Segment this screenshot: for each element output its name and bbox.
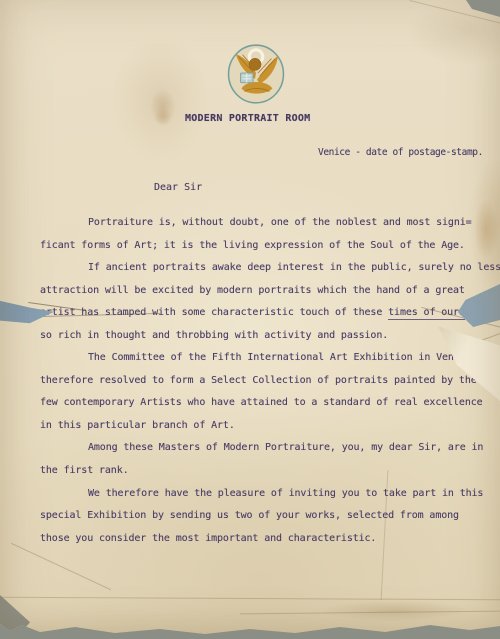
letter-paper: MODERN PORTRAIT ROOM Venice - date of po… [0, 0, 500, 639]
torn-corner-bottom-left [0, 595, 30, 639]
paragraph-5-line-3: those you consider the most important an… [40, 528, 490, 551]
winged-lion-of-st-mark-seal-icon [227, 43, 285, 105]
dateline: Venice - date of postage-stamp. [318, 147, 483, 158]
crease-line [0, 597, 500, 601]
paragraph-4-line-2: the first rank. [40, 460, 490, 483]
letter-body: Portraiture is, without doubt, one of th… [40, 212, 490, 550]
stain-mark [300, 598, 490, 624]
letterhead-title: MODERN PORTRAIT ROOM [185, 113, 310, 124]
paragraph-2-line-3: artist has stamped with some characteris… [40, 302, 490, 325]
crease-line [240, 611, 500, 615]
paragraph-5-line-2: special Exhibition by sending us two of … [40, 505, 490, 528]
paragraph-3-line-3: few contemporary Artists who have attain… [40, 392, 490, 415]
underlined-phrase: times of ours [388, 307, 465, 320]
paragraph-2-line-2: attraction will be excited by modern por… [40, 280, 490, 303]
paragraph-2-line-1: If ancient portraits awake deep interest… [40, 257, 490, 280]
paragraph-3-line-4: in this particular branch of Art. [40, 415, 490, 438]
paragraph-5-line-1: We therefore have the pleasure of inviti… [40, 483, 490, 506]
paragraph-2-line-3-text: artist has stamped with some characteris… [40, 307, 388, 318]
stain-mark [150, 104, 176, 130]
paragraph-3-line-2: therefore resolved to form a Select Coll… [40, 370, 490, 393]
paragraph-1-line-2: ficant forms of Art; it is the living ex… [40, 235, 490, 258]
paragraph-3-line-1: The Committee of the Fifth International… [40, 347, 490, 370]
salutation: Dear Sir [154, 182, 202, 193]
paragraph-1-line-1: Portraiture is, without doubt, one of th… [40, 212, 490, 235]
stain-mark [145, 82, 181, 132]
paragraph-2-line-4: so rich in thought and throbbing with ac… [40, 325, 490, 348]
paragraph-4-line-1: Among these Masters of Modern Portraitur… [40, 437, 490, 460]
crease-line [409, 0, 500, 25]
